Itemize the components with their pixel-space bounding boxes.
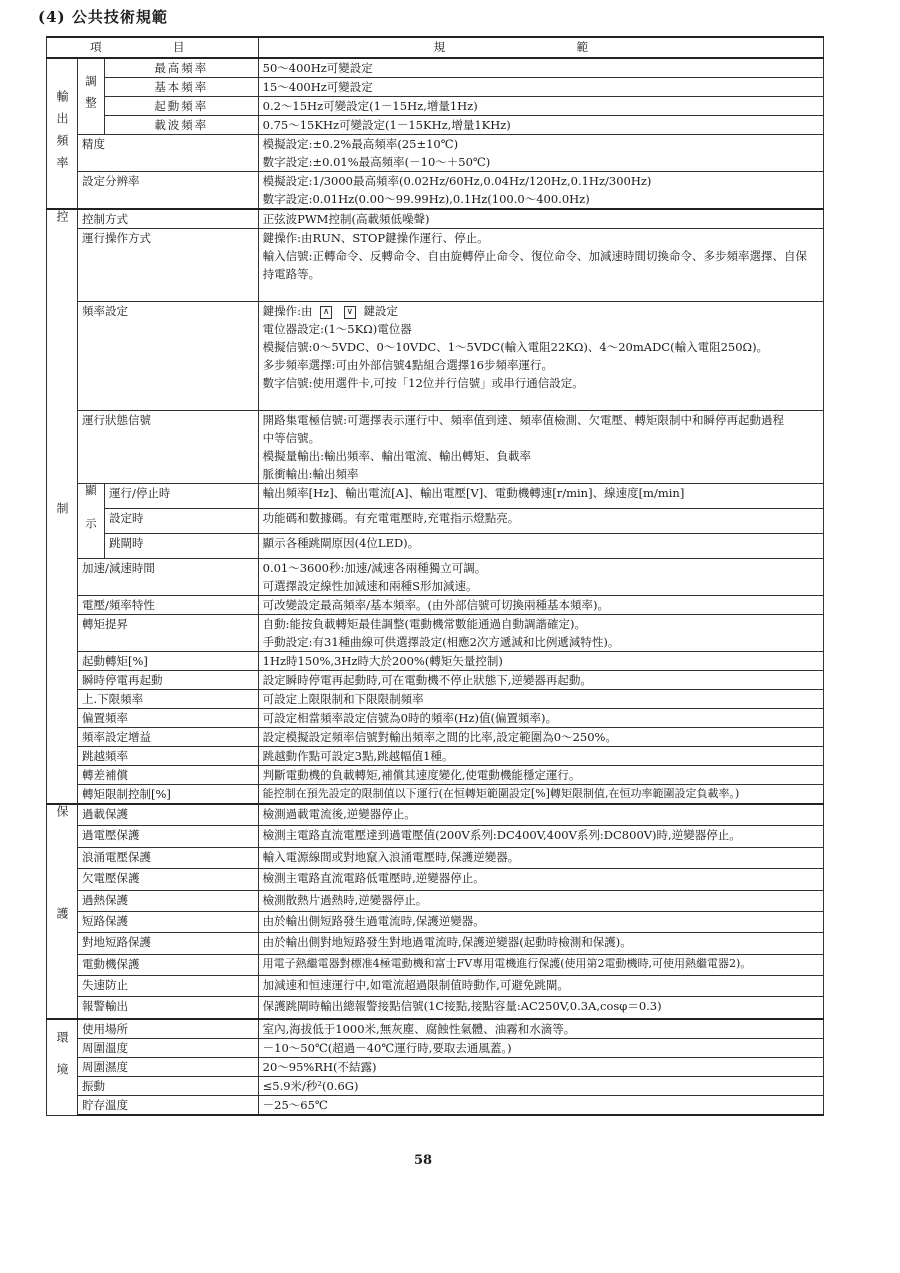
item-value: 1Hz時150%,3Hz時大於200%(轉矩矢量控制)	[258, 652, 823, 671]
item-value: 鍵操作:由RUN、STOP鍵操作運行、停止。 輸入信號:正轉命令、反轉命令、自由…	[258, 229, 823, 302]
item-label: 運行操作方式	[78, 229, 259, 302]
table-row: 欠電壓保護 檢測主電路直流電路低電壓時,逆變器停止。	[47, 869, 824, 890]
item-label: 短路保護	[78, 911, 259, 932]
header-item: 項 目	[47, 37, 259, 58]
item-label: 運行狀態信號	[78, 411, 259, 484]
item-label: 精度	[78, 135, 259, 172]
table-row: 起動轉矩[%] 1Hz時150%,3Hz時大於200%(轉矩矢量控制)	[47, 652, 824, 671]
item-label: 欠電壓保護	[78, 869, 259, 890]
item-value: 50～400Hz可變設定	[258, 58, 823, 78]
item-value: 用電子熱繼電器對標准4極電動機和富士FV專用電機進行保護(使用第2電動機時,可使…	[258, 954, 823, 975]
item-label: 周圍溫度	[78, 1039, 259, 1058]
table-row: 顯示 運行/停止時 輸出頻率[Hz]、輸出電流[A]、輸出電壓[V]、電動機轉速…	[47, 484, 824, 509]
item-value: 加減速和恒速運行中,如電流超過限制值時動作,可避免跳閘。	[258, 976, 823, 997]
item-label: 轉矩提昇	[78, 615, 259, 652]
item-label: 載波頻率	[105, 116, 259, 135]
item-label: 設定分辨率	[78, 172, 259, 210]
item-value: 判斷電動機的負載轉矩,補償其速度變化,使電動機能穩定運行。	[258, 766, 823, 785]
item-label: 轉矩限制控制[%]	[78, 785, 259, 805]
item-value: 能控制在預先設定的限制值以下運行(在恒轉矩範圍設定[%]轉矩限制值,在恒功率範圍…	[258, 785, 823, 805]
item-value: －10～50℃(超過－40℃運行時,要取去通風蓋。)	[258, 1039, 823, 1058]
item-value: 由於輸出側對地短路發生對地過電流時,保護逆變器(起動時檢測和保護)。	[258, 933, 823, 954]
item-label: 轉差補償	[78, 766, 259, 785]
item-value: 開路集電極信號:可選擇表示運行中、頻率值到達、頻率值檢測、欠電壓、轉矩限制中和瞬…	[258, 411, 823, 484]
table-row: 運行操作方式 鍵操作:由RUN、STOP鍵操作運行、停止。 輸入信號:正轉命令、…	[47, 229, 824, 302]
table-row: 環境 使用場所 室內,海拔低于1000米,無灰塵、腐蝕性氣體、油霧和水滴等。	[47, 1019, 824, 1039]
item-label: 基本頻率	[105, 78, 259, 97]
item-label: 起動頻率	[105, 97, 259, 116]
item-value: 輸入電源線間或對地竄入浪涌電壓時,保護逆變器。	[258, 847, 823, 868]
table-row: 運行狀態信號 開路集電極信號:可選擇表示運行中、頻率值到達、頻率值檢測、欠電壓、…	[47, 411, 824, 484]
item-label: 加速/減速時間	[78, 559, 259, 596]
item-value: 輸出頻率[Hz]、輸出電流[A]、輸出電壓[V]、電動機轉速[r/min]、線速…	[258, 484, 823, 509]
category-protection: 保護	[47, 804, 78, 1019]
item-value: 可設定相當頻率設定信號為0時的頻率(Hz)值(偏置頻率)。	[258, 709, 823, 728]
table-row: 振動 ≤5.9米/秒²(0.6G)	[47, 1077, 824, 1096]
item-value: 檢測主電路直流電壓達到過電壓值(200V系列:DC400V,400V系列:DC8…	[258, 826, 823, 847]
up-key-icon: ∧	[320, 306, 332, 319]
item-label: 報警輸出	[78, 997, 259, 1019]
item-value: 模擬設定:1/3000最高頻率(0.02Hz/60Hz,0.04Hz/120Hz…	[258, 172, 823, 210]
item-value: 檢測主電路直流電路低電壓時,逆變器停止。	[258, 869, 823, 890]
item-label: 對地短路保護	[78, 933, 259, 954]
table-row: 載波頻率 0.75～15KHz可變設定(1－15KHz,增量1KHz)	[47, 116, 824, 135]
item-label: 頻率設定	[78, 302, 259, 411]
item-value: 檢測過載電流後,逆變器停止。	[258, 804, 823, 826]
item-value: 模擬設定:±0.2%最高頻率(25±10℃) 數字設定:±0.01%最高頻率(－…	[258, 135, 823, 172]
table-row: 頻率設定增益 設定模擬設定頻率信號對輸出頻率之間的比率,設定範圍為0～250%。	[47, 728, 824, 747]
table-row: 浪涌電壓保護 輸入電源線間或對地竄入浪涌電壓時,保護逆變器。	[47, 847, 824, 868]
item-label: 振動	[78, 1077, 259, 1096]
category-environment: 環境	[47, 1019, 78, 1115]
item-value: 正弦波PWM控制(高載頻低噪聲)	[258, 209, 823, 229]
item-label: 電動機保護	[78, 954, 259, 975]
item-label: 周圍濕度	[78, 1058, 259, 1077]
table-row: 起動頻率 0.2～15Hz可變設定(1－15Hz,增量1Hz)	[47, 97, 824, 116]
table-row: 上.下限頻率 可設定上限限制和下限限制頻率	[47, 690, 824, 709]
table-row: 轉矩限制控制[%] 能控制在預先設定的限制值以下運行(在恒轉矩範圍設定[%]轉矩…	[47, 785, 824, 805]
item-label: 頻率設定增益	[78, 728, 259, 747]
item-value: ≤5.9米/秒²(0.6G)	[258, 1077, 823, 1096]
item-label: 跳閘時	[105, 534, 259, 559]
group-adjust: 調整	[78, 58, 105, 135]
table-header-row: 項 目 規 範	[47, 37, 824, 58]
table-row: 報警輸出 保護跳閘時輸出總報警接點信號(1C接點,接點容量:AC250V,0.3…	[47, 997, 824, 1019]
table-row: 頻率設定 鍵操作:由 ∧ ∨ 鍵設定 電位器設定:(1～5KΩ)電位器 模擬信號…	[47, 302, 824, 411]
item-value: 設定瞬時停電再起動時,可在電動機不停止狀態下,逆變器再起動。	[258, 671, 823, 690]
item-label: 跳越頻率	[78, 747, 259, 766]
table-row: 輸出頻率 調整 最高頻率 50～400Hz可變設定	[47, 58, 824, 78]
table-row: 電壓/頻率特性 可改變設定最高頻率/基本頻率。(由外部信號可切換兩種基本頻率)。	[47, 596, 824, 615]
table-row: 保護 過載保護 檢測過載電流後,逆變器停止。	[47, 804, 824, 826]
item-label: 過載保護	[78, 804, 259, 826]
item-label: 浪涌電壓保護	[78, 847, 259, 868]
table-row: 轉差補償 判斷電動機的負載轉矩,補償其速度變化,使電動機能穩定運行。	[47, 766, 824, 785]
table-row: 失速防止 加減速和恒速運行中,如電流超過限制值時動作,可避免跳閘。	[47, 976, 824, 997]
page-title: (4) 公共技術規範	[38, 6, 168, 27]
item-value: 檢測散熱片過熱時,逆變器停止。	[258, 890, 823, 911]
table-row: 跳閘時 顯示各種跳閘原因(4位LED)。	[47, 534, 824, 559]
item-label: 設定時	[105, 509, 259, 534]
item-value: 鍵操作:由 ∧ ∨ 鍵設定 電位器設定:(1～5KΩ)電位器 模擬信號:0～5V…	[258, 302, 823, 411]
item-value: 由於輸出側短路發生過電流時,保護逆變器。	[258, 911, 823, 932]
item-value: 0.75～15KHz可變設定(1－15KHz,增量1KHz)	[258, 116, 823, 135]
item-value: 可改變設定最高頻率/基本頻率。(由外部信號可切換兩種基本頻率)。	[258, 596, 823, 615]
item-value: 0.2～15Hz可變設定(1－15Hz,增量1Hz)	[258, 97, 823, 116]
header-spec: 規 範	[258, 37, 823, 58]
item-value: 室內,海拔低于1000米,無灰塵、腐蝕性氣體、油霧和水滴等。	[258, 1019, 823, 1039]
item-value: 可設定上限限制和下限限制頻率	[258, 690, 823, 709]
item-value: 自動:能按負載轉矩最佳調整(電動機常數能通過自動調諧確定)。 手動設定:有31種…	[258, 615, 823, 652]
table-row: 加速/減速時間 0.01～3600秒:加速/減速各兩種獨立可調。 可選擇設定線性…	[47, 559, 824, 596]
item-value: 功能碼和數據碼。有充電電壓時,充電指示燈點亮。	[258, 509, 823, 534]
item-label: 最高頻率	[105, 58, 259, 78]
item-label: 運行/停止時	[105, 484, 259, 509]
item-label: 過電壓保護	[78, 826, 259, 847]
table-row: 周圍溫度 －10～50℃(超過－40℃運行時,要取去通風蓋。)	[47, 1039, 824, 1058]
table-row: 設定時 功能碼和數據碼。有充電電壓時,充電指示燈點亮。	[47, 509, 824, 534]
item-value: 15～400Hz可變設定	[258, 78, 823, 97]
category-control: 控制	[47, 209, 78, 804]
item-label: 瞬時停電再起動	[78, 671, 259, 690]
item-value: 保護跳閘時輸出總報警接點信號(1C接點,接點容量:AC250V,0.3A,cos…	[258, 997, 823, 1019]
item-label: 控制方式	[78, 209, 259, 229]
table-row: 短路保護 由於輸出側短路發生過電流時,保護逆變器。	[47, 911, 824, 932]
item-value: 跳越動作點可設定3點,跳越幅值1種。	[258, 747, 823, 766]
category-output-frequency: 輸出頻率	[47, 58, 78, 209]
table-row: 基本頻率 15～400Hz可變設定	[47, 78, 824, 97]
item-label: 上.下限頻率	[78, 690, 259, 709]
group-display: 顯示	[78, 484, 105, 559]
spec-table: 項 目 規 範 輸出頻率 調整 最高頻率 50～400Hz可變設定 基本頻率 1…	[46, 36, 824, 1116]
table-row: 貯存溫度 －25～65℃	[47, 1096, 824, 1116]
item-label: 起動轉矩[%]	[78, 652, 259, 671]
item-value: 設定模擬設定頻率信號對輸出頻率之間的比率,設定範圍為0～250%。	[258, 728, 823, 747]
table-row: 控制 控制方式 正弦波PWM控制(高載頻低噪聲)	[47, 209, 824, 229]
table-row: 轉矩提昇 自動:能按負載轉矩最佳調整(電動機常數能通過自動調諧確定)。 手動設定…	[47, 615, 824, 652]
item-value: 顯示各種跳閘原因(4位LED)。	[258, 534, 823, 559]
item-label: 失速防止	[78, 976, 259, 997]
table-row: 過熱保護 檢測散熱片過熱時,逆變器停止。	[47, 890, 824, 911]
table-row: 周圍濕度 20～95%RH(不結露)	[47, 1058, 824, 1077]
item-label: 電壓/頻率特性	[78, 596, 259, 615]
item-value: －25～65℃	[258, 1096, 823, 1116]
table-row: 電動機保護 用電子熱繼電器對標准4極電動機和富士FV專用電機進行保護(使用第2電…	[47, 954, 824, 975]
item-label: 過熱保護	[78, 890, 259, 911]
table-row: 設定分辨率 模擬設定:1/3000最高頻率(0.02Hz/60Hz,0.04Hz…	[47, 172, 824, 210]
table-row: 瞬時停電再起動 設定瞬時停電再起動時,可在電動機不停止狀態下,逆變器再起動。	[47, 671, 824, 690]
item-label: 貯存溫度	[78, 1096, 259, 1116]
table-row: 跳越頻率 跳越動作點可設定3點,跳越幅值1種。	[47, 747, 824, 766]
table-row: 偏置頻率 可設定相當頻率設定信號為0時的頻率(Hz)值(偏置頻率)。	[47, 709, 824, 728]
item-label: 使用場所	[78, 1019, 259, 1039]
item-label: 偏置頻率	[78, 709, 259, 728]
table-row: 對地短路保護 由於輸出側對地短路發生對地過電流時,保護逆變器(起動時檢測和保護)…	[47, 933, 824, 954]
down-key-icon: ∨	[344, 306, 356, 319]
table-row: 過電壓保護 檢測主電路直流電壓達到過電壓值(200V系列:DC400V,400V…	[47, 826, 824, 847]
table-row: 精度 模擬設定:±0.2%最高頻率(25±10℃) 數字設定:±0.01%最高頻…	[47, 135, 824, 172]
item-value: 20～95%RH(不結露)	[258, 1058, 823, 1077]
page-number: 58	[414, 1153, 432, 1168]
item-value: 0.01～3600秒:加速/減速各兩種獨立可調。 可選擇設定線性加減速和兩種S形…	[258, 559, 823, 596]
